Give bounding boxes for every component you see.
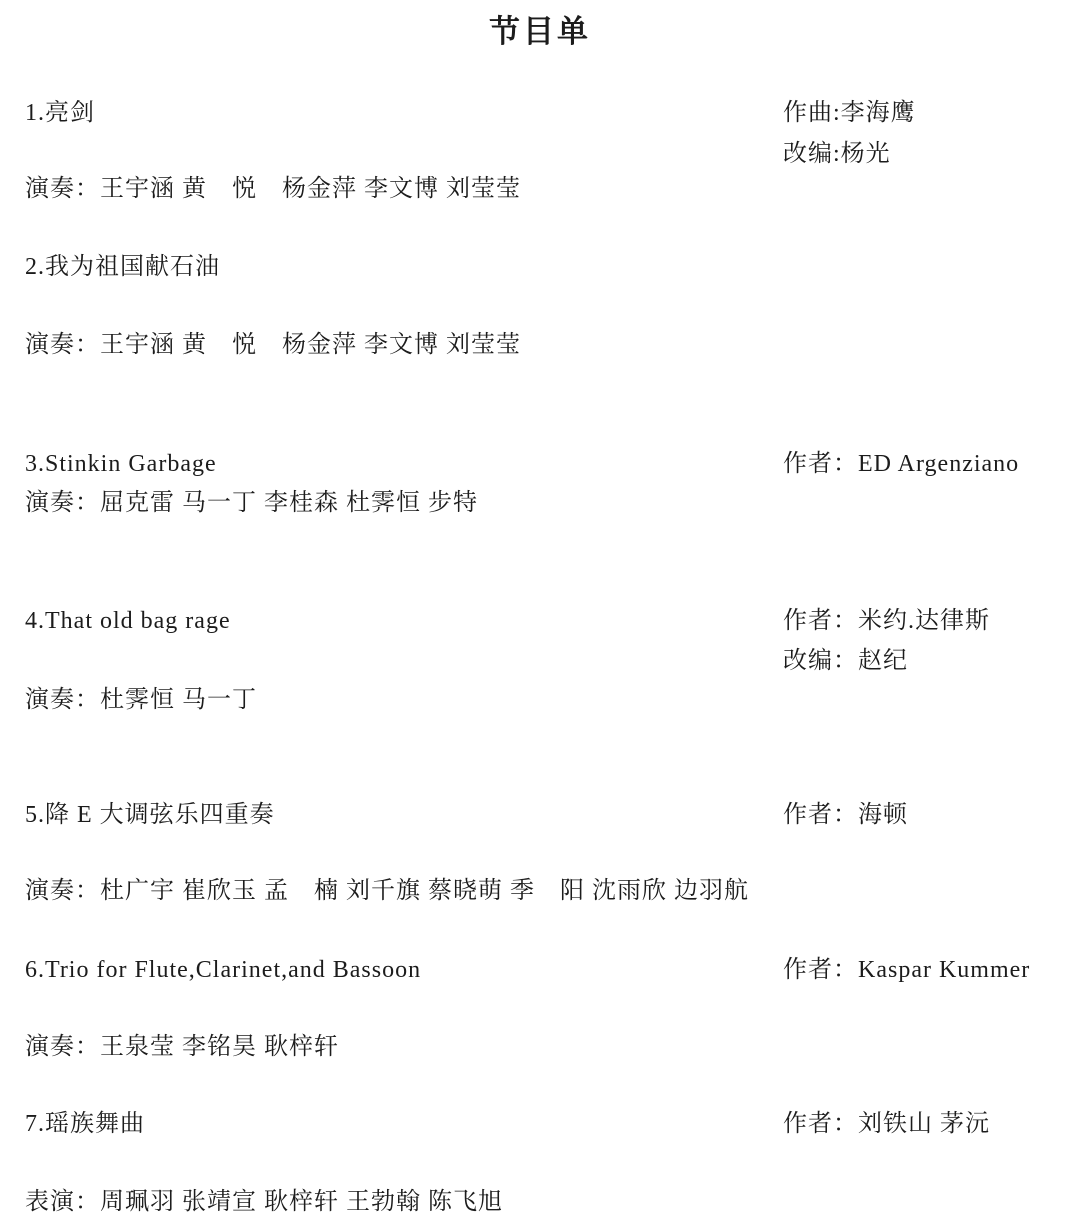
item-1-composer: 作曲:李海鹰 — [783, 99, 916, 128]
item-7-performers: 表演：周珮羽 张靖宣 耿梓轩 王勃翰 陈飞旭 — [25, 1188, 503, 1217]
item-3-title: 3.Stinkin Garbage — [25, 450, 217, 479]
item-5-author: 作者：海顿 — [783, 801, 908, 830]
item-1-performers: 演奏：王宇涵 黄 悦 杨金萍 李文博 刘莹莹 — [25, 175, 521, 204]
item-7-author: 作者：刘铁山 茅沅 — [783, 1110, 990, 1139]
item-4-arranger: 改编：赵纪 — [783, 647, 908, 676]
item-4-title: 4.That old bag rage — [25, 607, 231, 636]
item-1-title: 1.亮剑 — [25, 99, 95, 128]
item-6-author: 作者：Kaspar Kummer — [783, 956, 1030, 985]
item-3-performers: 演奏：屈克雷 马一丁 李桂森 杜霁恒 步特 — [25, 489, 478, 518]
item-2-performers: 演奏：王宇涵 黄 悦 杨金萍 李文博 刘莹莹 — [25, 331, 521, 360]
item-7-title: 7.瑶族舞曲 — [25, 1110, 145, 1139]
item-2-title: 2.我为祖国献石油 — [25, 253, 220, 282]
page-title: 节目单 — [0, 13, 1080, 50]
item-6-performers: 演奏：王泉莹 李铭昊 耿梓轩 — [25, 1033, 339, 1062]
item-1-arranger: 改编:杨光 — [783, 140, 891, 169]
program-document: 节目单 1.亮剑 作曲:李海鹰 改编:杨光 演奏：王宇涵 黄 悦 杨金萍 李文博… — [0, 0, 1080, 1218]
item-5-title: 5.降 E 大调弦乐四重奏 — [25, 801, 275, 830]
item-5-performers: 演奏：杜广宇 崔欣玉 孟 楠 刘千旗 蔡晓萌 季 阳 沈雨欣 边羽航 — [25, 877, 749, 906]
item-6-title: 6.Trio for Flute,Clarinet,and Bassoon — [25, 956, 421, 985]
item-4-performers: 演奏：杜霁恒 马一丁 — [25, 686, 257, 715]
item-4-author: 作者：米约.达律斯 — [783, 607, 990, 636]
item-3-author: 作者：ED Argenziano — [783, 450, 1019, 479]
